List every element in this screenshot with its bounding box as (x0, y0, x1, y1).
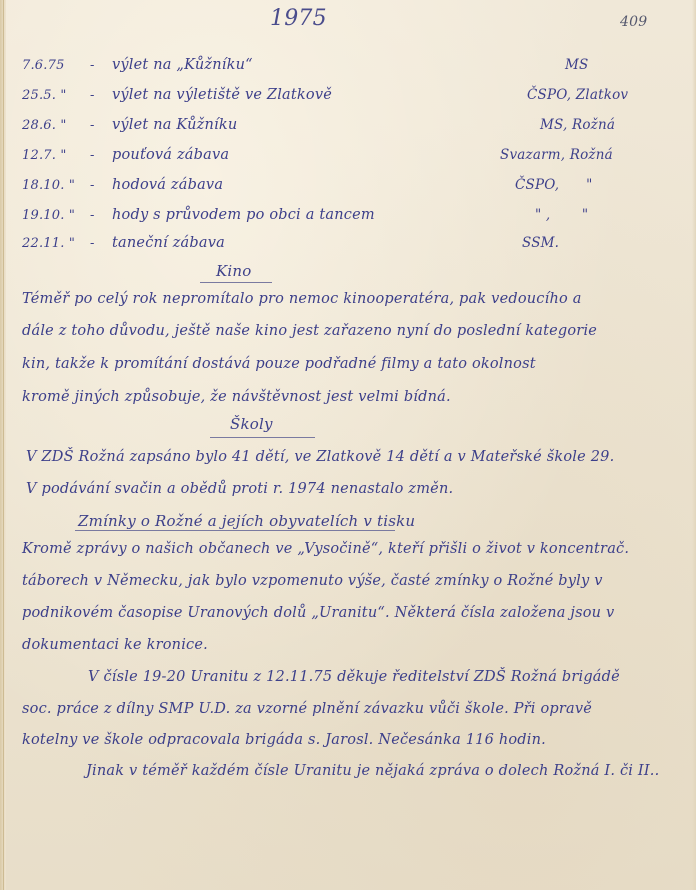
event-date: 12.7. " (22, 148, 67, 163)
text-line: dokumentaci ke kronice. (22, 637, 208, 653)
event-description: výlet na „Kůžníku“ (112, 57, 253, 73)
event-dash: - (90, 236, 95, 251)
event-date: 7.6.75 (22, 58, 65, 73)
event-description: hodová zábava (112, 177, 223, 193)
text-line: dále z toho důvodu, ještě naše kino jest… (22, 323, 597, 339)
event-organizer: ČSPO, " (515, 177, 593, 193)
event-organizer: Svazarm, Rožná (500, 147, 613, 163)
event-organizer: MS, Rožná (540, 117, 615, 133)
event-row: 28.6. " - výlet na Kůžníku MS, Rožná (0, 116, 696, 144)
section-heading-press: Zmínky o Rožné a jejích obyvatelích v ti… (78, 512, 415, 530)
text-line: Kromě zprávy o našich občanech ve „Vysoč… (22, 541, 629, 557)
event-description: pouťová zábava (112, 147, 229, 163)
heading-underline (210, 437, 315, 438)
event-description: taneční zábava (112, 235, 225, 251)
event-description: hody s průvodem po obci a tancem (112, 207, 375, 223)
event-row: 25.5. " - výlet na výletiště ve Zlatkově… (0, 86, 696, 114)
year-heading: 1975 (270, 6, 327, 31)
event-date: 18.10. " (22, 178, 75, 193)
event-dash: - (90, 88, 95, 103)
event-row: 19.10. " - hody s průvodem po obci a tan… (0, 206, 696, 234)
text-line: táborech v Německu, jak bylo vzpomenuto … (22, 573, 603, 589)
event-dash: - (90, 118, 95, 133)
event-organizer: ČSPO, Zlatkov (527, 87, 628, 103)
event-row: 22.11. " - taneční zábava SSM. (0, 234, 696, 262)
event-dash: - (90, 58, 95, 73)
heading-underline (75, 530, 395, 531)
event-dash: - (90, 148, 95, 163)
event-date: 22.11. " (22, 236, 75, 251)
text-line: kin, takže k promítání dostává pouze pod… (22, 356, 536, 372)
event-row: 7.6.75 - výlet na „Kůžníku“ MS (0, 56, 696, 84)
text-line: soc. práce z dílny SMP U.D. za vzorné pl… (22, 701, 592, 717)
event-organizer: MS (565, 57, 588, 73)
text-line: V ZDŠ Rožná zapsáno bylo 41 dětí, ve Zla… (26, 449, 614, 465)
event-dash: - (90, 208, 95, 223)
heading-underline (200, 282, 272, 283)
text-line: kromě jiných způsobuje, že návštěvnost j… (22, 389, 451, 405)
text-line: podnikovém časopise Uranových dolů „Uran… (22, 605, 614, 621)
event-description: výlet na Kůžníku (112, 117, 237, 133)
event-row: 12.7. " - pouťová zábava Svazarm, Rožná (0, 146, 696, 174)
event-description: výlet na výletiště ve Zlatkově (112, 87, 332, 103)
section-heading-skoly: Školy (230, 415, 273, 433)
event-dash: - (90, 178, 95, 193)
event-organizer: SSM. (522, 235, 559, 251)
event-date: 19.10. " (22, 208, 75, 223)
text-line: kotelny ve škole odpracovala brigáda s. … (22, 732, 546, 748)
chronicle-page: 1975 409 7.6.75 - výlet na „Kůžníku“ MS … (0, 0, 696, 890)
event-date: 28.6. " (22, 118, 67, 133)
text-line: Jinak v téměř každém čísle Uranitu je ně… (86, 763, 659, 779)
text-line: V čísle 19-20 Uranitu z 12.11.75 děkuje … (88, 669, 620, 685)
page-number: 409 (620, 14, 647, 30)
event-row: 18.10. " - hodová zábava ČSPO, " (0, 176, 696, 204)
event-organizer: " , " (535, 207, 588, 223)
section-heading-kino: Kino (216, 262, 252, 280)
text-line: V podávání svačin a obědů proti r. 1974 … (26, 481, 453, 497)
text-line: Téměř po celý rok nepromítalo pro nemoc … (22, 291, 582, 307)
event-date: 25.5. " (22, 88, 67, 103)
